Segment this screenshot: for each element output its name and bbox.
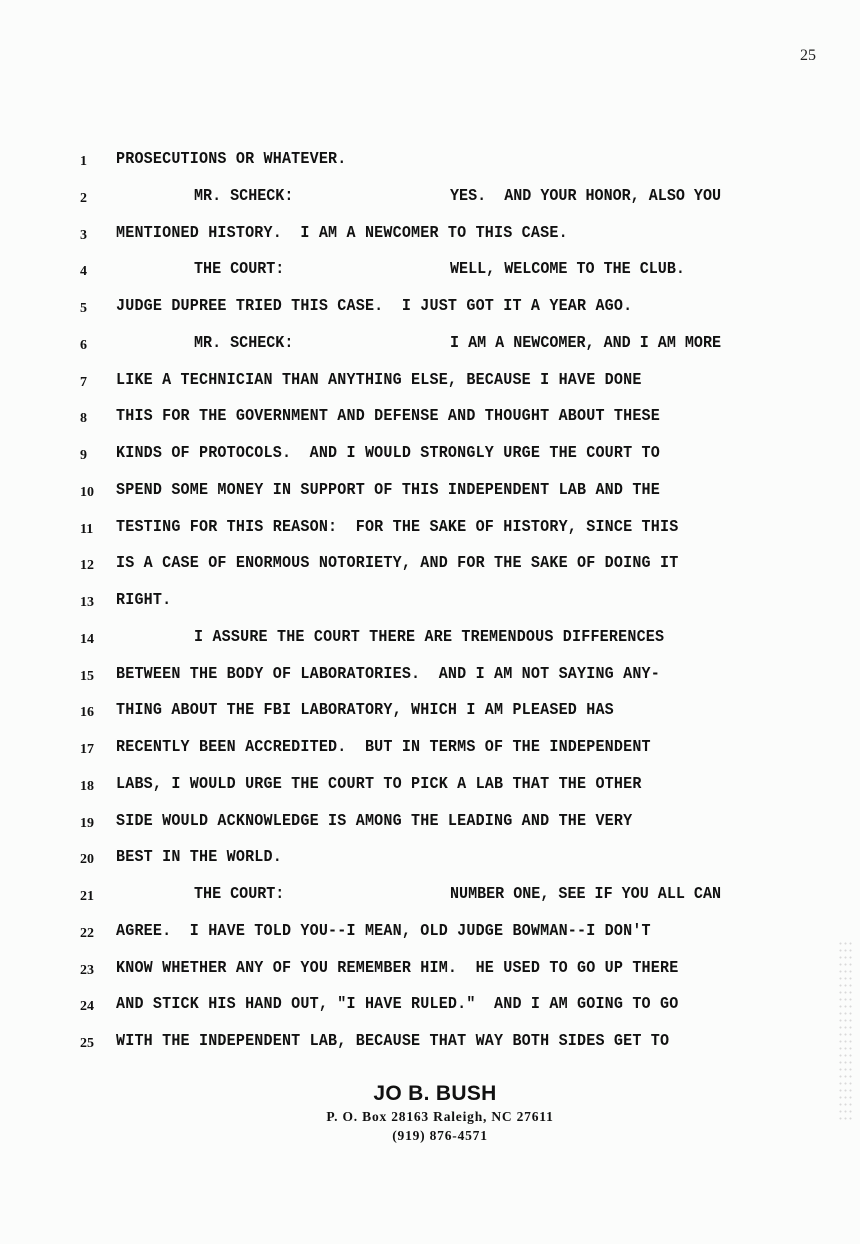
line-number: 16 [80,705,104,721]
speech-text: WELL, WELCOME TO THE CLUB. [450,260,685,278]
line-number: 10 [80,485,104,501]
line-number: 12 [80,558,104,574]
page-number: 25 [800,47,816,65]
transcript-line: 15BETWEEN THE BODY OF LABORATORIES. AND … [0,665,860,689]
line-text: WITH THE INDEPENDENT LAB, BECAUSE THAT W… [116,1032,669,1050]
transcript-line: 2MR. SCHECK:YES. AND YOUR HONOR, ALSO YO… [0,187,860,211]
line-text: SIDE WOULD ACKNOWLEDGE IS AMONG THE LEAD… [116,812,632,830]
transcript-line: 20BEST IN THE WORLD. [0,848,860,872]
transcript-line: 1PROSECUTIONS OR WHATEVER. [0,150,860,174]
line-text: JUDGE DUPREE TRIED THIS CASE. I JUST GOT… [116,297,632,315]
line-text: I ASSURE THE COURT THERE ARE TREMENDOUS … [194,628,664,646]
transcript-line: 14I ASSURE THE COURT THERE ARE TREMENDOU… [0,628,860,652]
transcript-line: 6MR. SCHECK:I AM A NEWCOMER, AND I AM MO… [0,334,860,358]
line-text: AND STICK HIS HAND OUT, "I HAVE RULED." … [116,995,678,1013]
line-number: 24 [80,999,104,1015]
reporter-phone: (919) 876-4571 [20,1128,860,1144]
line-number: 4 [80,264,104,280]
line-text: BEST IN THE WORLD. [116,848,282,866]
line-text: BETWEEN THE BODY OF LABORATORIES. AND I … [116,665,660,683]
transcript-line: 25WITH THE INDEPENDENT LAB, BECAUSE THAT… [0,1032,860,1056]
transcript-line: 8THIS FOR THE GOVERNMENT AND DEFENSE AND… [0,407,860,431]
line-number: 2 [80,191,104,207]
transcript-line: 7LIKE A TECHNICIAN THAN ANYTHING ELSE, B… [0,371,860,395]
speaker-label: THE COURT: [194,260,284,278]
line-number: 5 [80,301,104,317]
transcript-line: 4THE COURT:WELL, WELCOME TO THE CLUB. [0,260,860,284]
line-number: 11 [80,522,104,538]
transcript-line: 9KINDS OF PROTOCOLS. AND I WOULD STRONGL… [0,444,860,468]
line-text: LABS, I WOULD URGE THE COURT TO PICK A L… [116,775,642,793]
line-number: 18 [80,779,104,795]
speech-text: YES. AND YOUR HONOR, ALSO YOU [450,187,721,205]
transcript-line: 13RIGHT. [0,591,860,615]
line-number: 13 [80,595,104,611]
speaker-label: THE COURT: [194,885,284,903]
line-text: AGREE. I HAVE TOLD YOU--I MEAN, OLD JUDG… [116,922,651,940]
line-number: 1 [80,154,104,170]
line-text: KNOW WHETHER ANY OF YOU REMEMBER HIM. HE… [116,959,678,977]
transcript-line: 18LABS, I WOULD URGE THE COURT TO PICK A… [0,775,860,799]
court-reporter-footer: JO B. BUSH P. O. Box 28163 Raleigh, NC 2… [0,1082,860,1144]
line-text: RECENTLY BEEN ACCREDITED. BUT IN TERMS O… [116,738,651,756]
line-text: IS A CASE OF ENORMOUS NOTORIETY, AND FOR… [116,554,678,572]
line-text: PROSECUTIONS OR WHATEVER. [116,150,347,168]
line-number: 15 [80,669,104,685]
line-number: 19 [80,816,104,832]
transcript-line: 21THE COURT:NUMBER ONE, SEE IF YOU ALL C… [0,885,860,909]
line-text: LIKE A TECHNICIAN THAN ANYTHING ELSE, BE… [116,371,642,389]
transcript-line: 16THING ABOUT THE FBI LABORATORY, WHICH … [0,701,860,725]
transcript-line: 19SIDE WOULD ACKNOWLEDGE IS AMONG THE LE… [0,812,860,836]
line-number: 6 [80,338,104,354]
transcript-line: 5JUDGE DUPREE TRIED THIS CASE. I JUST GO… [0,297,860,321]
line-number: 23 [80,963,104,979]
line-text: MENTIONED HISTORY. I AM A NEWCOMER TO TH… [116,224,568,242]
line-number: 17 [80,742,104,758]
line-number: 9 [80,448,104,464]
line-number: 3 [80,228,104,244]
line-text: TESTING FOR THIS REASON: FOR THE SAKE OF… [116,518,678,536]
reporter-name: JO B. BUSH [10,1082,860,1106]
line-text: RIGHT. [116,591,171,609]
transcript-line: 12IS A CASE OF ENORMOUS NOTORIETY, AND F… [0,554,860,578]
line-text: THIS FOR THE GOVERNMENT AND DEFENSE AND … [116,407,660,425]
line-number: 20 [80,852,104,868]
transcript-line: 17RECENTLY BEEN ACCREDITED. BUT IN TERMS… [0,738,860,762]
transcript-line: 22AGREE. I HAVE TOLD YOU--I MEAN, OLD JU… [0,922,860,946]
line-number: 14 [80,632,104,648]
transcript-line: 23KNOW WHETHER ANY OF YOU REMEMBER HIM. … [0,959,860,983]
line-text: THING ABOUT THE FBI LABORATORY, WHICH I … [116,701,614,719]
line-number: 21 [80,889,104,905]
speech-text: NUMBER ONE, SEE IF YOU ALL CAN [450,885,721,903]
line-number: 22 [80,926,104,942]
line-text: KINDS OF PROTOCOLS. AND I WOULD STRONGLY… [116,444,660,462]
line-number: 7 [80,375,104,391]
transcript-line: 3MENTIONED HISTORY. I AM A NEWCOMER TO T… [0,224,860,248]
reporter-address: P. O. Box 28163 Raleigh, NC 27611 [20,1109,860,1125]
transcript-line: 24AND STICK HIS HAND OUT, "I HAVE RULED.… [0,995,860,1019]
line-number: 25 [80,1036,104,1052]
speaker-label: MR. SCHECK: [194,187,293,205]
transcript-line: 11TESTING FOR THIS REASON: FOR THE SAKE … [0,518,860,542]
speaker-label: MR. SCHECK: [194,334,293,352]
line-number: 8 [80,411,104,427]
speech-text: I AM A NEWCOMER, AND I AM MORE [450,334,721,352]
transcript-line: 10SPEND SOME MONEY IN SUPPORT OF THIS IN… [0,481,860,505]
line-text: SPEND SOME MONEY IN SUPPORT OF THIS INDE… [116,481,660,499]
